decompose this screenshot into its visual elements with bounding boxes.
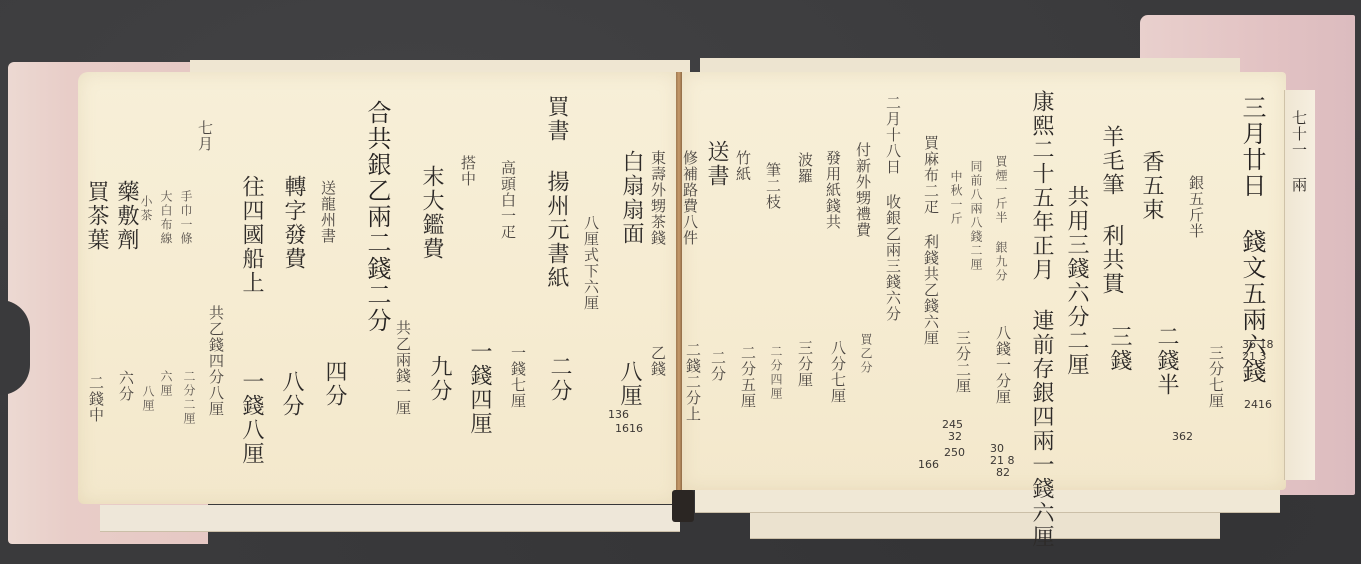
left-page-entry: 東壽外甥茶錢 xyxy=(650,150,665,246)
right-page-entry: 波羅 xyxy=(797,152,812,184)
right-page-sum-note: 166 xyxy=(918,458,939,471)
left-page-sum-note: 136 xyxy=(608,408,629,421)
right-bottom-page-edge-lower xyxy=(750,510,1220,539)
right-page-entry: 二錢半 xyxy=(1155,325,1177,397)
right-page-entry: 中秋一斤 xyxy=(950,170,962,226)
right-page-entry: 羊毛筆 利共貫 xyxy=(1100,125,1122,296)
right-page-sum-note: 250 xyxy=(944,446,965,459)
spine-binding xyxy=(672,490,694,522)
left-page-entry: 末大鑑費 xyxy=(420,165,442,261)
left-page-entry: 送龍州書 xyxy=(320,180,335,244)
left-page-entry: 往四國船上 xyxy=(240,175,262,295)
right-page-entry: 筆二枝 xyxy=(765,162,780,210)
right-page-sum-note: 82 xyxy=(996,466,1010,479)
left-page-entry: 買茶葉 xyxy=(85,180,107,252)
left-page-entry: 小茶 xyxy=(140,195,152,223)
right-page-entry: 同前八兩八錢二厘 xyxy=(970,160,982,272)
right-page-entry: 銀五斤半 xyxy=(1188,175,1203,239)
right-page-entry: 送書 xyxy=(705,140,727,188)
left-page-entry: 七月 xyxy=(197,120,212,152)
right-page-entry: 二月十八日 收銀乙兩三錢六分 xyxy=(885,95,900,322)
left-page-entry: 九分 xyxy=(428,355,450,403)
right-page-entry: 三分厘 xyxy=(797,340,812,388)
right-page-entry: 三分七厘 xyxy=(1208,345,1223,409)
right-page-entry: 付新外甥禮費 xyxy=(855,142,870,238)
left-page-entry: 六厘 xyxy=(160,370,172,398)
left-page-entry: 八厘式下六厘 xyxy=(583,215,598,311)
left-page-entry: 八分 xyxy=(280,370,302,418)
right-page-entry: 八分七厘 xyxy=(830,340,845,404)
right-page-entry: 修補路費八件 xyxy=(682,150,697,246)
left-torn-notch xyxy=(0,300,30,395)
right-folded-strip: 七十一 兩 xyxy=(1284,90,1315,480)
right-page-sum-note: 32 xyxy=(948,430,962,443)
left-page-entry: 八厘 xyxy=(142,385,154,413)
left-page-entry: 藥敷劑 xyxy=(115,180,137,252)
left-page-entry: 共乙兩錢一厘 xyxy=(395,320,410,416)
left-page-entry: 六分 xyxy=(118,370,133,402)
left-page-entry: 大白布線 xyxy=(160,190,172,246)
right-page-sum-note: 362 xyxy=(1172,430,1193,443)
right-bottom-page-edge xyxy=(695,488,1280,513)
left-page-entry: 八厘 xyxy=(618,360,640,408)
right-page xyxy=(682,72,1286,490)
right-page-entry: 二分四厘 xyxy=(770,345,782,401)
right-page-entry: 康熙二十五年正月 連前存銀四兩一錢六厘 xyxy=(1030,90,1052,549)
left-page-entry: 買書 揚州元書紙 xyxy=(545,95,567,290)
left-page-sum-note: 1616 xyxy=(615,422,643,435)
left-page-entry: 轉字發費 xyxy=(282,175,304,271)
left-page-entry: 手巾一條 xyxy=(180,190,192,246)
left-page-entry: 一錢七厘 xyxy=(510,345,525,409)
left-page-entry: 白扇扇面 xyxy=(620,150,642,246)
left-page-entry: 二錢中 xyxy=(88,375,103,423)
left-page-entry: 搭中 xyxy=(460,155,475,187)
right-page-entry: 買麻布二疋 利錢共乙錢六厘 xyxy=(923,135,938,346)
left-page-entry: 四分 xyxy=(323,360,345,408)
left-page-entry: 一錢四厘 xyxy=(468,340,490,436)
left-page-entry: 二分 xyxy=(548,355,570,403)
left-page-entry: 二分二厘 xyxy=(183,370,195,426)
right-page-entry: 發用紙錢共 xyxy=(825,150,840,230)
right-page-entry: 三分二厘 xyxy=(955,330,970,394)
edge-mark: 七十一 兩 xyxy=(1291,110,1306,193)
right-page-entry: 三錢 xyxy=(1108,325,1130,373)
left-bottom-page-edge xyxy=(100,505,680,532)
right-page-entry: 共用三錢六分二厘 xyxy=(1065,185,1087,377)
right-page-entry: 八錢一分厘 xyxy=(995,325,1010,405)
left-page-entry: 一錢八厘 xyxy=(240,370,262,466)
left-page-entry: 乙錢 xyxy=(650,345,665,377)
book-spine xyxy=(676,72,682,512)
right-page-entry: 買乙分 xyxy=(860,333,872,375)
left-page-entry: 共乙錢四分八厘 xyxy=(208,305,223,417)
right-page-entry: 二分 xyxy=(710,350,725,382)
right-page-entry: 買煙一斤半 銀九分 xyxy=(995,155,1007,283)
right-page-entry: 竹紙 xyxy=(735,150,750,182)
right-page-sum-note: 21 3 xyxy=(1242,350,1267,363)
right-page-entry: 二錢二分上 xyxy=(685,342,700,422)
right-page-entry: 二分五厘 xyxy=(740,345,755,409)
left-page-entry: 合共銀乙兩二錢二分 xyxy=(365,100,389,334)
right-page-entry: 香五束 xyxy=(1140,150,1162,222)
left-page-entry: 高頭白一疋 xyxy=(500,160,515,240)
right-page-sum-note: 2416 xyxy=(1244,398,1272,411)
